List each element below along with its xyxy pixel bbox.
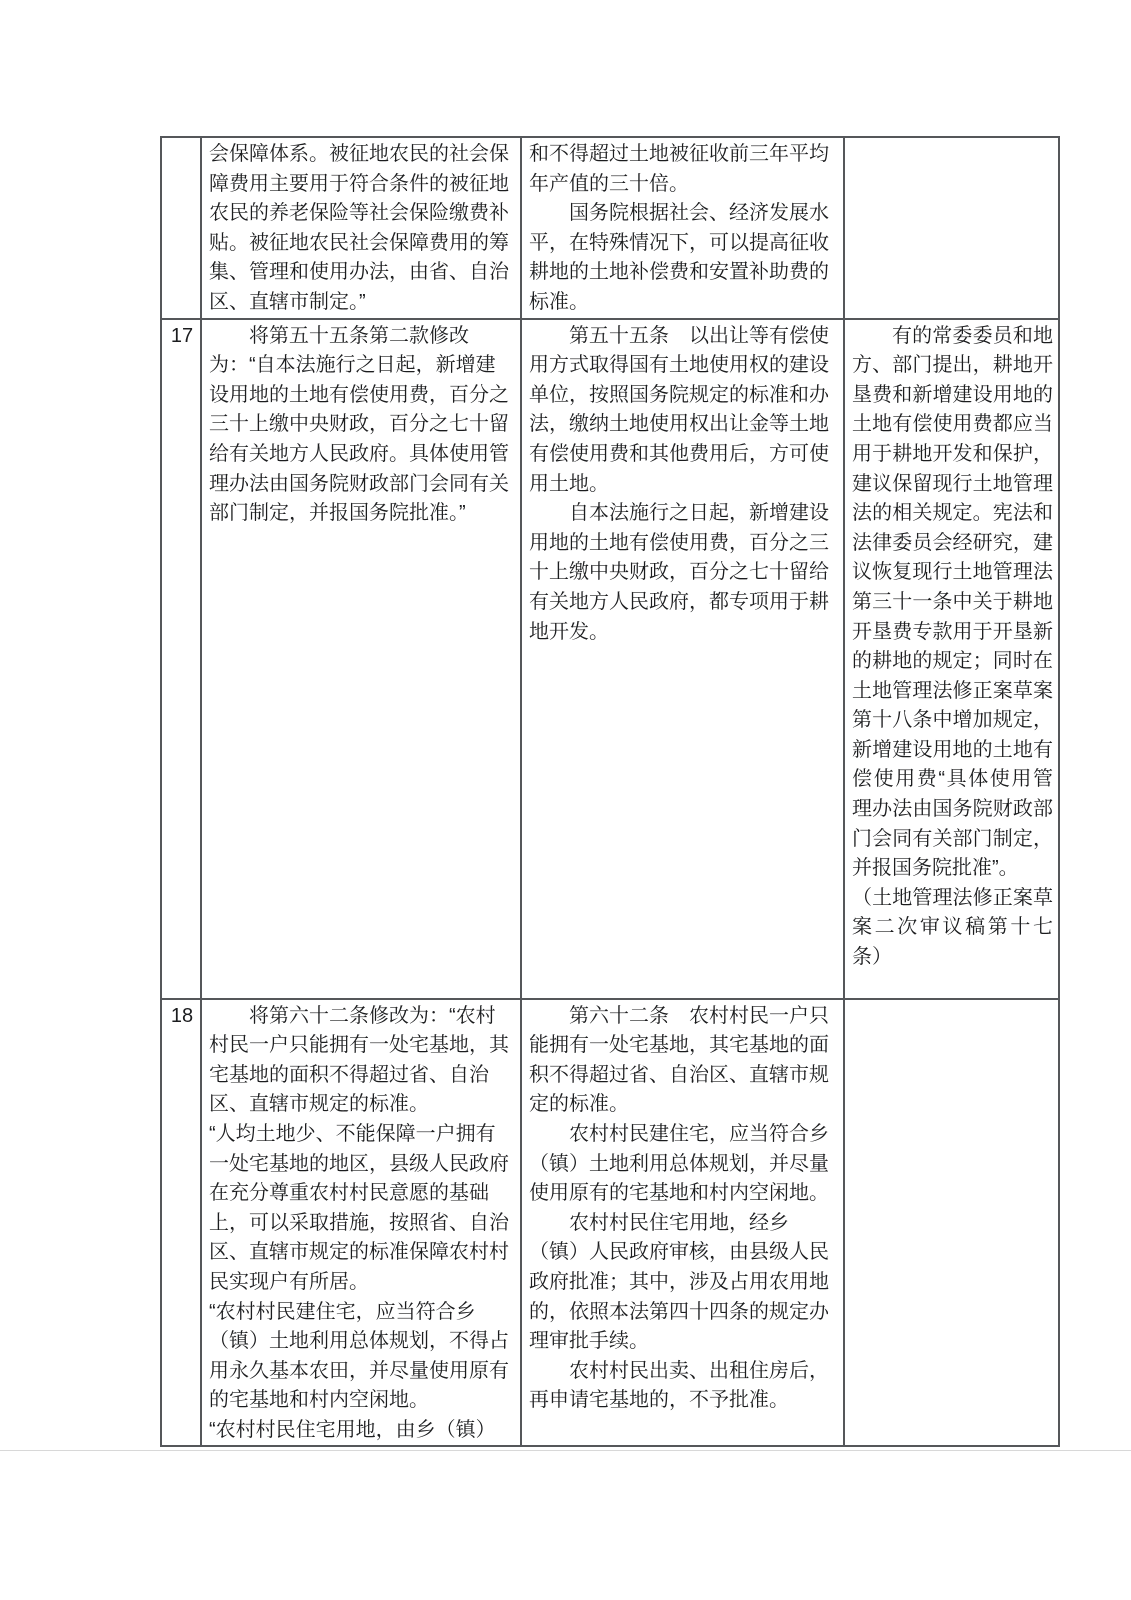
table-row: 17将第五十五条第二款修改为：“自本法施行之日起，新增建设用地的土地有偿使用费，… bbox=[161, 319, 1059, 999]
amendment-comparison-table: 会保障体系。被征地农民的社会保障费用主要用于符合条件的被征地农民的养老保险等社会… bbox=[160, 136, 1060, 1447]
row-number-cell bbox=[161, 137, 201, 319]
paragraph: 国务院根据社会、经济发展水平，在特殊情况下，可以提高征收耕地的土地补偿费和安置补… bbox=[529, 199, 838, 317]
paragraph: “农村村民建住宅，应当符合乡（镇）土地利用总体规划，不得占用永久基本农田，并尽量… bbox=[209, 1298, 515, 1416]
paragraph: （土地管理法修正案草案二次审议稿第十七条） bbox=[852, 884, 1053, 973]
current-law-cell: 第六十二条 农村村民一户只能拥有一处宅基地，其宅基地的面积不得超过省、自治区、直… bbox=[521, 999, 844, 1447]
current-law-cell: 和不得超过土地被征收前三年平均年产值的三十倍。国务院根据社会、经济发展水平，在特… bbox=[521, 137, 844, 319]
paragraph: 第六十二条 农村村民一户只能拥有一处宅基地，其宅基地的面积不得超过省、自治区、直… bbox=[529, 1002, 838, 1120]
paragraph: 自本法施行之日起，新增建设用地的土地有偿使用费，百分之三十上缴中央财政，百分之七… bbox=[529, 499, 838, 647]
paragraph: “农村村民住宅用地，由乡（镇） bbox=[209, 1416, 515, 1446]
table-body: 会保障体系。被征地农民的社会保障费用主要用于符合条件的被征地农民的养老保险等社会… bbox=[161, 137, 1059, 1446]
draft-provision-cell: 将第六十二条修改为：“农村村民一户只能拥有一处宅基地，其宅基地的面积不得超过省、… bbox=[201, 999, 521, 1447]
paragraph: “人均土地少、不能保障一户拥有一处宅基地的地区，县级人民政府在充分尊重农村村民意… bbox=[209, 1120, 515, 1298]
paragraph: 将第六十二条修改为：“农村村民一户只能拥有一处宅基地，其宅基地的面积不得超过省、… bbox=[209, 1002, 515, 1120]
page-break-line bbox=[0, 1450, 1131, 1451]
paragraph: 和不得超过土地被征收前三年平均年产值的三十倍。 bbox=[529, 140, 838, 199]
paragraph: 会保障体系。被征地农民的社会保障费用主要用于符合条件的被征地农民的养老保险等社会… bbox=[209, 140, 515, 318]
review-comment-cell: 有的常委委员和地方、部门提出，耕地开垦费和新增建设用地的土地有偿使用费都应当用于… bbox=[844, 319, 1059, 999]
table-row: 18将第六十二条修改为：“农村村民一户只能拥有一处宅基地，其宅基地的面积不得超过… bbox=[161, 999, 1059, 1447]
review-comment-cell bbox=[844, 999, 1059, 1447]
review-comment-cell bbox=[844, 137, 1059, 319]
current-law-cell: 第五十五条 以出让等有偿使用方式取得国有土地使用权的建设单位，按照国务院规定的标… bbox=[521, 319, 844, 999]
paragraph: 农村村民住宅用地，经乡（镇）人民政府审核，由县级人民政府批准；其中，涉及占用农用… bbox=[529, 1209, 838, 1357]
table-row: 会保障体系。被征地农民的社会保障费用主要用于符合条件的被征地农民的养老保险等社会… bbox=[161, 137, 1059, 319]
paragraph: 农村村民出卖、出租住房后，再申请宅基地的，不予批准。 bbox=[529, 1357, 838, 1416]
draft-provision-cell: 会保障体系。被征地农民的社会保障费用主要用于符合条件的被征地农民的养老保险等社会… bbox=[201, 137, 521, 319]
draft-provision-cell: 将第五十五条第二款修改为：“自本法施行之日起，新增建设用地的土地有偿使用费，百分… bbox=[201, 319, 521, 999]
row-number-cell: 17 bbox=[161, 319, 201, 999]
paragraph: 有的常委委员和地方、部门提出，耕地开垦费和新增建设用地的土地有偿使用费都应当用于… bbox=[852, 322, 1053, 884]
paragraph: 农村村民建住宅，应当符合乡（镇）土地利用总体规划，并尽量使用原有的宅基地和村内空… bbox=[529, 1120, 838, 1209]
scanned-document-page: 会保障体系。被征地农民的社会保障费用主要用于符合条件的被征地农民的养老保险等社会… bbox=[0, 0, 1131, 1600]
row-number-cell: 18 bbox=[161, 999, 201, 1447]
paragraph: 将第五十五条第二款修改为：“自本法施行之日起，新增建设用地的土地有偿使用费，百分… bbox=[209, 322, 515, 529]
paragraph: 第五十五条 以出让等有偿使用方式取得国有土地使用权的建设单位，按照国务院规定的标… bbox=[529, 322, 838, 500]
